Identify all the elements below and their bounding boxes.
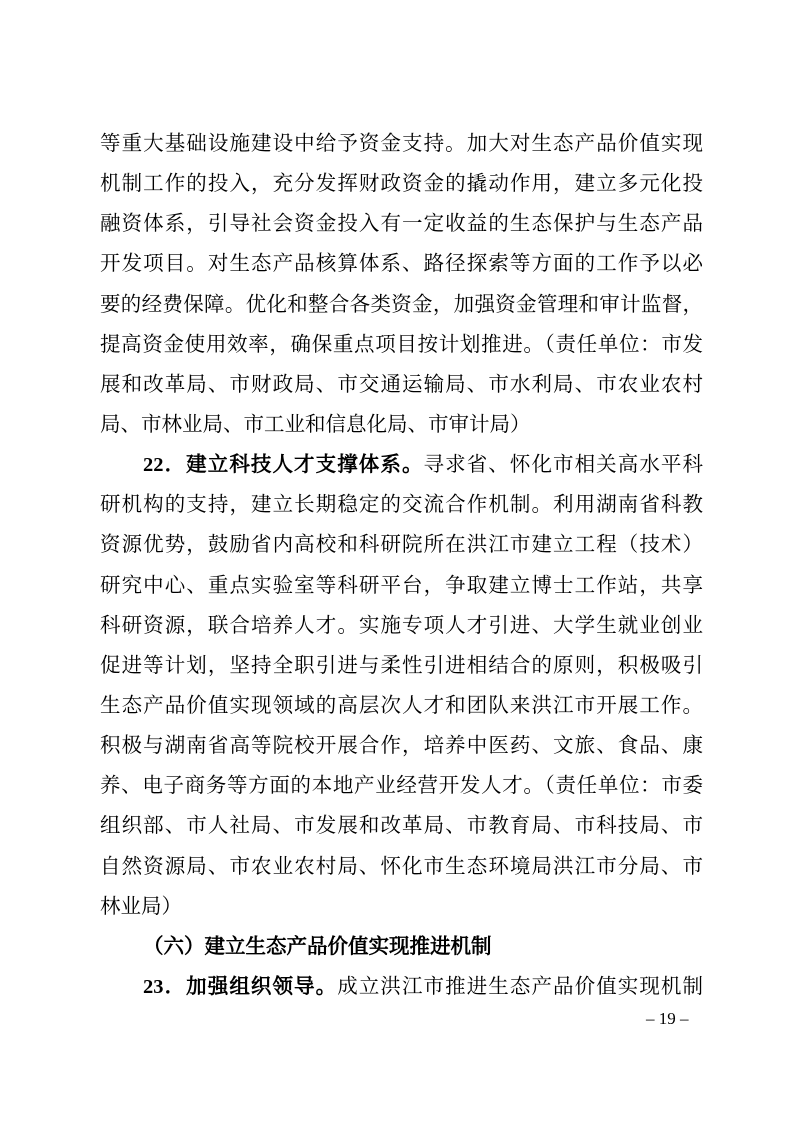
body-text: 局、市林业局、市工业和信息化局、市审计局） bbox=[100, 413, 531, 436]
body-text: 研机构的支持，建立长期稳定的交流合作机制。利用湖南省科教 bbox=[100, 493, 703, 516]
text-line: 促进等计划，坚持全职引进与柔性引进相结合的原则，积极吸引 bbox=[100, 646, 703, 686]
body-text: 科研资源，联合培养人才。实施专项人才引进、大学生就业创业 bbox=[100, 614, 703, 637]
document-body: 等重大基础设施建设中给予资金支持。加大对生态产品价值实现机制工作的投入，充分发挥… bbox=[100, 124, 703, 1007]
text-line: 养、电子商务等方面的本地产业经营开发人才。（责任单位：市委 bbox=[100, 766, 703, 806]
body-text: 提高资金使用效率，确保重点项目按计划推进。（责任单位：市发 bbox=[100, 333, 703, 356]
body-text: 融资体系，引导社会资金投入有一定收益的生态保护与生态产品 bbox=[100, 212, 703, 235]
text-line: 机制工作的投入，充分发挥财政资金的撬动作用，建立多元化投 bbox=[100, 164, 703, 204]
text-line: 提高资金使用效率，确保重点项目按计划推进。（责任单位：市发 bbox=[100, 325, 703, 365]
text-line: 局、市林业局、市工业和信息化局、市审计局） bbox=[100, 405, 703, 445]
body-text: 成立洪江市推进生态产品价值实现机制 bbox=[337, 975, 703, 998]
body-text: 机制工作的投入，充分发挥财政资金的撬动作用，建立多元化投 bbox=[100, 172, 703, 195]
body-text: 开发项目。对生态产品核算体系、路径探索等方面的工作予以必 bbox=[100, 252, 703, 275]
page-number: – 19 – bbox=[646, 1009, 689, 1029]
text-line: 要的经费保障。优化和整合各类资金，加强资金管理和审计监督， bbox=[100, 285, 703, 325]
text-line: 研机构的支持，建立长期稳定的交流合作机制。利用湖南省科教 bbox=[100, 485, 703, 525]
text-line: 融资体系，引导社会资金投入有一定收益的生态保护与生态产品 bbox=[100, 204, 703, 244]
body-text: 自然资源局、市农业农村局、怀化市生态环境局洪江市分局、市 bbox=[100, 855, 703, 878]
text-line: 23．加强组织领导。成立洪江市推进生态产品价值实现机制 bbox=[100, 967, 703, 1007]
text-line: 组织部、市人社局、市发展和改革局、市教育局、市科技局、市 bbox=[100, 806, 703, 846]
text-line: 积极与湖南省高等院校开展合作，培养中医药、文旅、食品、康 bbox=[100, 726, 703, 766]
text-line: 生态产品价值实现领域的高层次人才和团队来洪江市开展工作。 bbox=[100, 686, 703, 726]
bold-text: ．加强组织领导。 bbox=[164, 975, 338, 998]
body-text: 等重大基础设施建设中给予资金支持。加大对生态产品价值实现 bbox=[100, 132, 703, 155]
body-text: 促进等计划，坚持全职引进与柔性引进相结合的原则，积极吸引 bbox=[100, 654, 703, 677]
text-line: 研究中心、重点实验室等科研平台，争取建立博士工作站，共享 bbox=[100, 566, 703, 606]
text-line: 科研资源，联合培养人才。实施专项人才引进、大学生就业创业 bbox=[100, 606, 703, 646]
body-text: 要的经费保障。优化和整合各类资金，加强资金管理和审计监督， bbox=[100, 293, 703, 316]
bold-text: ．建立科技人才支撑体系。 bbox=[164, 453, 424, 476]
bold-text: （六）建立生态产品价值实现推进机制 bbox=[143, 935, 492, 958]
body-text: 组织部、市人社局、市发展和改革局、市教育局、市科技局、市 bbox=[100, 814, 703, 837]
text-line: （六）建立生态产品价值实现推进机制 bbox=[100, 927, 703, 967]
text-line: 开发项目。对生态产品核算体系、路径探索等方面的工作予以必 bbox=[100, 244, 703, 284]
text-line: 等重大基础设施建设中给予资金支持。加大对生态产品价值实现 bbox=[100, 124, 703, 164]
bold-text: 22 bbox=[143, 454, 164, 476]
body-text: 寻求省、怀化市相关高水平科 bbox=[424, 453, 703, 476]
document-page: 等重大基础设施建设中给予资金支持。加大对生态产品价值实现机制工作的投入，充分发挥… bbox=[0, 0, 793, 1122]
body-text: 研究中心、重点实验室等科研平台，争取建立博士工作站，共享 bbox=[100, 574, 703, 597]
text-line: 林业局） bbox=[100, 887, 703, 927]
text-line: 自然资源局、市农业农村局、怀化市生态环境局洪江市分局、市 bbox=[100, 847, 703, 887]
body-text: 展和改革局、市财政局、市交通运输局、市水利局、市农业农村 bbox=[100, 373, 703, 396]
text-line: 22．建立科技人才支撑体系。寻求省、怀化市相关高水平科 bbox=[100, 445, 703, 485]
text-line: 资源优势，鼓励省内高校和科研院所在洪江市建立工程（技术） bbox=[100, 525, 703, 565]
body-text: 生态产品价值实现领域的高层次人才和团队来洪江市开展工作。 bbox=[100, 694, 703, 717]
body-text: 林业局） bbox=[100, 895, 182, 918]
text-line: 展和改革局、市财政局、市交通运输局、市水利局、市农业农村 bbox=[100, 365, 703, 405]
body-text: 养、电子商务等方面的本地产业经营开发人才。（责任单位：市委 bbox=[100, 774, 703, 797]
body-text: 资源优势，鼓励省内高校和科研院所在洪江市建立工程（技术） bbox=[100, 533, 703, 556]
body-text: 积极与湖南省高等院校开展合作，培养中医药、文旅、食品、康 bbox=[100, 734, 703, 757]
bold-text: 23 bbox=[143, 976, 164, 998]
